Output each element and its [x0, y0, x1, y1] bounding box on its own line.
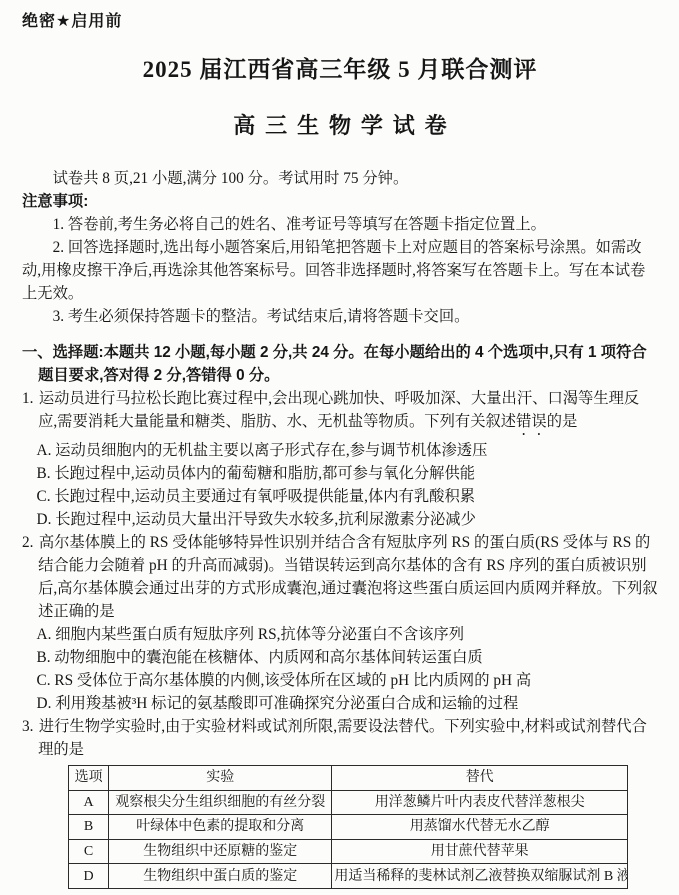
table-row: B 叶绿体中色素的提取和分离 用蒸馏水代替无水乙醇 — [69, 815, 628, 840]
question-1-stem-tail: 的是 — [547, 413, 578, 430]
question-3-stem-text: 进行生物学实验时,由于实验材料或试剂所限,需要设法替代。下列实验中,材料或试剂替… — [38, 718, 647, 758]
exam-info-line: 试卷共 8 页,21 小题,满分 100 分。考试用时 75 分钟。 — [22, 167, 658, 190]
table-cell-experiment: 生物组织中蛋白质的鉴定 — [109, 864, 332, 889]
question-1-stem: 1.运动员进行马拉松长跑比赛过程中,会出现心跳加快、呼吸加深、大量出汗、口渴等生… — [22, 387, 658, 439]
table-row: A 观察根尖分生组织细胞的有丝分裂 用洋葱鳞片叶内表皮代替洋葱根尖 — [69, 790, 628, 815]
question-1-option-a: A. 运动员细胞内的无机盐主要以离子形式存在,参与调节机体渗透压 — [22, 439, 658, 462]
table-cell-experiment: 叶绿体中色素的提取和分离 — [109, 815, 332, 840]
notice-heading: 注意事项: — [22, 190, 658, 213]
question-2-option-b: B. 动物细胞中的囊泡能在核糖体、内质网和高尔基体间转运蛋白质 — [22, 646, 658, 669]
table-cell-option: B — [69, 815, 109, 840]
table-header-row: 选项 实验 替代 — [69, 766, 628, 791]
table-cell-substitute: 用蒸馏水代替无水乙醇 — [332, 815, 628, 840]
exam-subject-title: 高三生物学试卷 — [22, 112, 658, 140]
table-cell-option: D — [69, 864, 109, 889]
table-row: C 生物组织中还原糖的鉴定 用甘蔗代替苹果 — [69, 839, 628, 864]
question-1-option-b: B. 长跑过程中,运动员体内的葡萄糖和脂肪,都可参与氧化分解供能 — [22, 462, 658, 485]
notice-item-2: 2. 回答选择题时,选出每小题答案后,用铅笔把答题卡上对应题目的答案标号涂黑。如… — [22, 236, 658, 305]
table-header-substitute: 替代 — [332, 766, 628, 791]
question-1-option-d: D. 长跑过程中,运动员大量出汗导致失水较多,抗利尿激素分泌减少 — [22, 508, 658, 531]
table-row: D 生物组织中蛋白质的鉴定 用适当稀释的斐林试剂乙液替换双缩脲试剂 B 液 — [69, 864, 628, 889]
substitution-table: 选项 实验 替代 A 观察根尖分生组织细胞的有丝分裂 用洋葱鳞片叶内表皮代替洋葱… — [68, 765, 628, 889]
question-3-stem: 3.进行生物学实验时,由于实验材料或试剂所限,需要设法替代。下列实验中,材料或试… — [22, 715, 658, 761]
classification-label: 绝密★启用前 — [22, 12, 658, 32]
question-2-number: 2. — [22, 534, 33, 551]
question-2-stem: 2.高尔基体膜上的 RS 受体能够特异性识别并结合含有短肽序列 RS 的蛋白质(… — [22, 531, 658, 623]
table-header-experiment: 实验 — [109, 766, 332, 791]
question-2-option-c: C. RS 受体位于高尔基体膜的内侧,该受体所在区域的 pH 比内质网的 pH … — [22, 669, 658, 692]
question-3-number: 3. — [22, 718, 33, 735]
question-1-stem-emphasis: 错误 — [516, 413, 547, 430]
question-1-number: 1. — [22, 390, 33, 407]
table-cell-option: A — [69, 790, 109, 815]
question-2-option-a: A. 细胞内某些蛋白质有短肽序列 RS,抗体等分泌蛋白不含该序列 — [22, 623, 658, 646]
question-2-option-d: D. 利用羧基被³H 标记的氨基酸即可准确探究分泌蛋白合成和运输的过程 — [22, 692, 658, 715]
exam-paper-page: 绝密★启用前 2025 届江西省高三年级 5 月联合测评 高三生物学试卷 试卷共… — [0, 0, 679, 895]
table-cell-substitute: 用洋葱鳞片叶内表皮代替洋葱根尖 — [332, 790, 628, 815]
table-cell-substitute: 用甘蔗代替苹果 — [332, 839, 628, 864]
section-1-heading: 一、选择题:本题共 12 小题,每小题 2 分,共 24 分。在每小题给出的 4… — [22, 341, 658, 387]
notice-item-3: 3. 考生必须保持答题卡的整洁。考试结束后,请将答题卡交回。 — [22, 305, 658, 328]
table-cell-substitute: 用适当稀释的斐林试剂乙液替换双缩脲试剂 B 液 — [332, 864, 628, 889]
table-cell-option: C — [69, 839, 109, 864]
table-header-option: 选项 — [69, 766, 109, 791]
question-1-option-c: C. 长跑过程中,运动员主要通过有氧呼吸提供能量,体内有乳酸积累 — [22, 485, 658, 508]
exam-body: 试卷共 8 页,21 小题,满分 100 分。考试用时 75 分钟。 注意事项:… — [22, 167, 658, 889]
table-cell-experiment: 观察根尖分生组织细胞的有丝分裂 — [109, 790, 332, 815]
question-2-stem-text: 高尔基体膜上的 RS 受体能够特异性识别并结合含有短肽序列 RS 的蛋白质(RS… — [38, 534, 658, 620]
exam-title: 2025 届江西省高三年级 5 月联合测评 — [22, 56, 658, 84]
table-cell-experiment: 生物组织中还原糖的鉴定 — [109, 839, 332, 864]
notice-item-1: 1. 答卷前,考生务必将自己的姓名、准考证号等填写在答题卡指定位置上。 — [22, 213, 658, 236]
